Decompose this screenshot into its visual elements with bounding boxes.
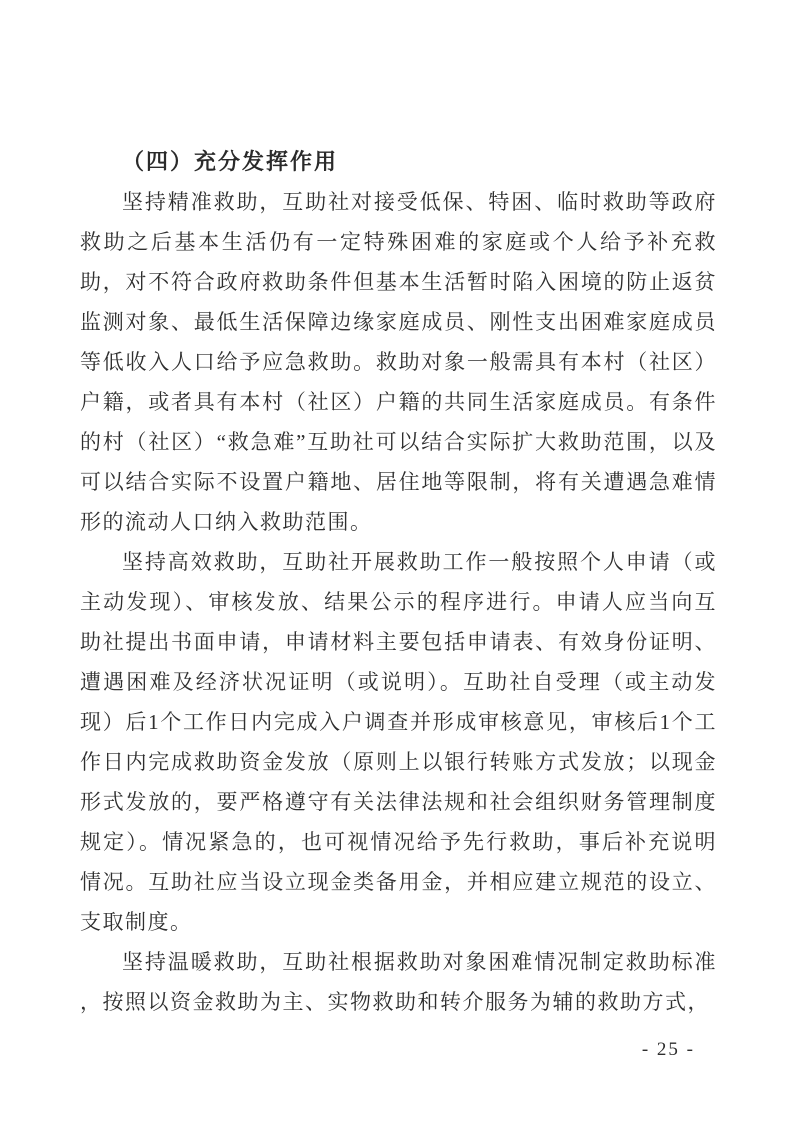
text-line: 规定）。情况紧急的，也可视情况给予先行救助，事后补充说明 bbox=[80, 822, 717, 862]
text-line: 坚持温暖救助，互助社根据救助对象困难情况制定救助标准 bbox=[80, 942, 717, 982]
text-line: 监测对象、最低生活保障边缘家庭成员、刚性支出困难家庭成员 bbox=[80, 302, 717, 342]
text-line: 救助之后基本生活仍有一定特殊困难的家庭或个人给予补充救 bbox=[80, 222, 717, 262]
paragraph-precision-assistance: 坚持精准救助，互助社对接受低保、特困、临时救助等政府 救助之后基本生活仍有一定特… bbox=[80, 182, 717, 542]
text-line: 现）后1个工作日内完成入户调查并形成审核意见，审核后1个工 bbox=[80, 702, 717, 742]
text-line: 情况。互助社应当设立现金类备用金，并相应建立规范的设立、 bbox=[80, 862, 717, 902]
text-line: 作日内完成救助资金发放（原则上以银行转账方式发放；以现金 bbox=[80, 742, 717, 782]
text-line: 形的流动人口纳入救助范围。 bbox=[80, 502, 717, 542]
text-line: 坚持高效救助，互助社开展救助工作一般按照个人申请（或 bbox=[80, 542, 717, 582]
text-line: 遭遇困难及经济状况证明（或说明）。互助社自受理（或主动发 bbox=[80, 662, 717, 702]
text-line: 形式发放的，要严格遵守有关法律法规和社会组织财务管理制度 bbox=[80, 782, 717, 822]
text-line: 坚持精准救助，互助社对接受低保、特困、临时救助等政府 bbox=[80, 182, 717, 222]
page-number: - 25 - bbox=[642, 1036, 695, 1064]
text-line: 可以结合实际不设置户籍地、居住地等限制，将有关遭遇急难情 bbox=[80, 462, 717, 502]
text-line: 助社提出书面申请，申请材料主要包括申请表、有效身份证明、 bbox=[80, 622, 717, 662]
text-line: 户籍，或者具有本村（社区）户籍的共同生活家庭成员。有条件 bbox=[80, 382, 717, 422]
paragraph-warm-assistance: 坚持温暖救助，互助社根据救助对象困难情况制定救助标准 ，按照以资金救助为主、实物… bbox=[80, 942, 717, 1022]
text-line: 支取制度。 bbox=[80, 902, 717, 942]
document-page: { "page": { "heading": "（四）充分发挥作用", "par… bbox=[0, 0, 793, 1122]
text-line: 助，对不符合政府救助条件但基本生活暂时陷入困境的防止返贫 bbox=[80, 262, 717, 302]
text-line: 等低收入人口给予应急救助。救助对象一般需具有本村（社区） bbox=[80, 342, 717, 382]
text-line: 的村（社区）“救急难”互助社可以结合实际扩大救助范围，以及 bbox=[80, 422, 717, 462]
page-body: （四）充分发挥作用 坚持精准救助，互助社对接受低保、特困、临时救助等政府 救助之… bbox=[80, 142, 717, 1022]
section-heading: （四）充分发挥作用 bbox=[80, 142, 717, 182]
text-line: ，按照以资金救助为主、实物救助和转介服务为辅的救助方式， bbox=[80, 982, 717, 1022]
paragraph-efficient-assistance: 坚持高效救助，互助社开展救助工作一般按照个人申请（或 主动发现）、审核发放、结果… bbox=[80, 542, 717, 942]
text-line: 主动发现）、审核发放、结果公示的程序进行。申请人应当向互 bbox=[80, 582, 717, 622]
